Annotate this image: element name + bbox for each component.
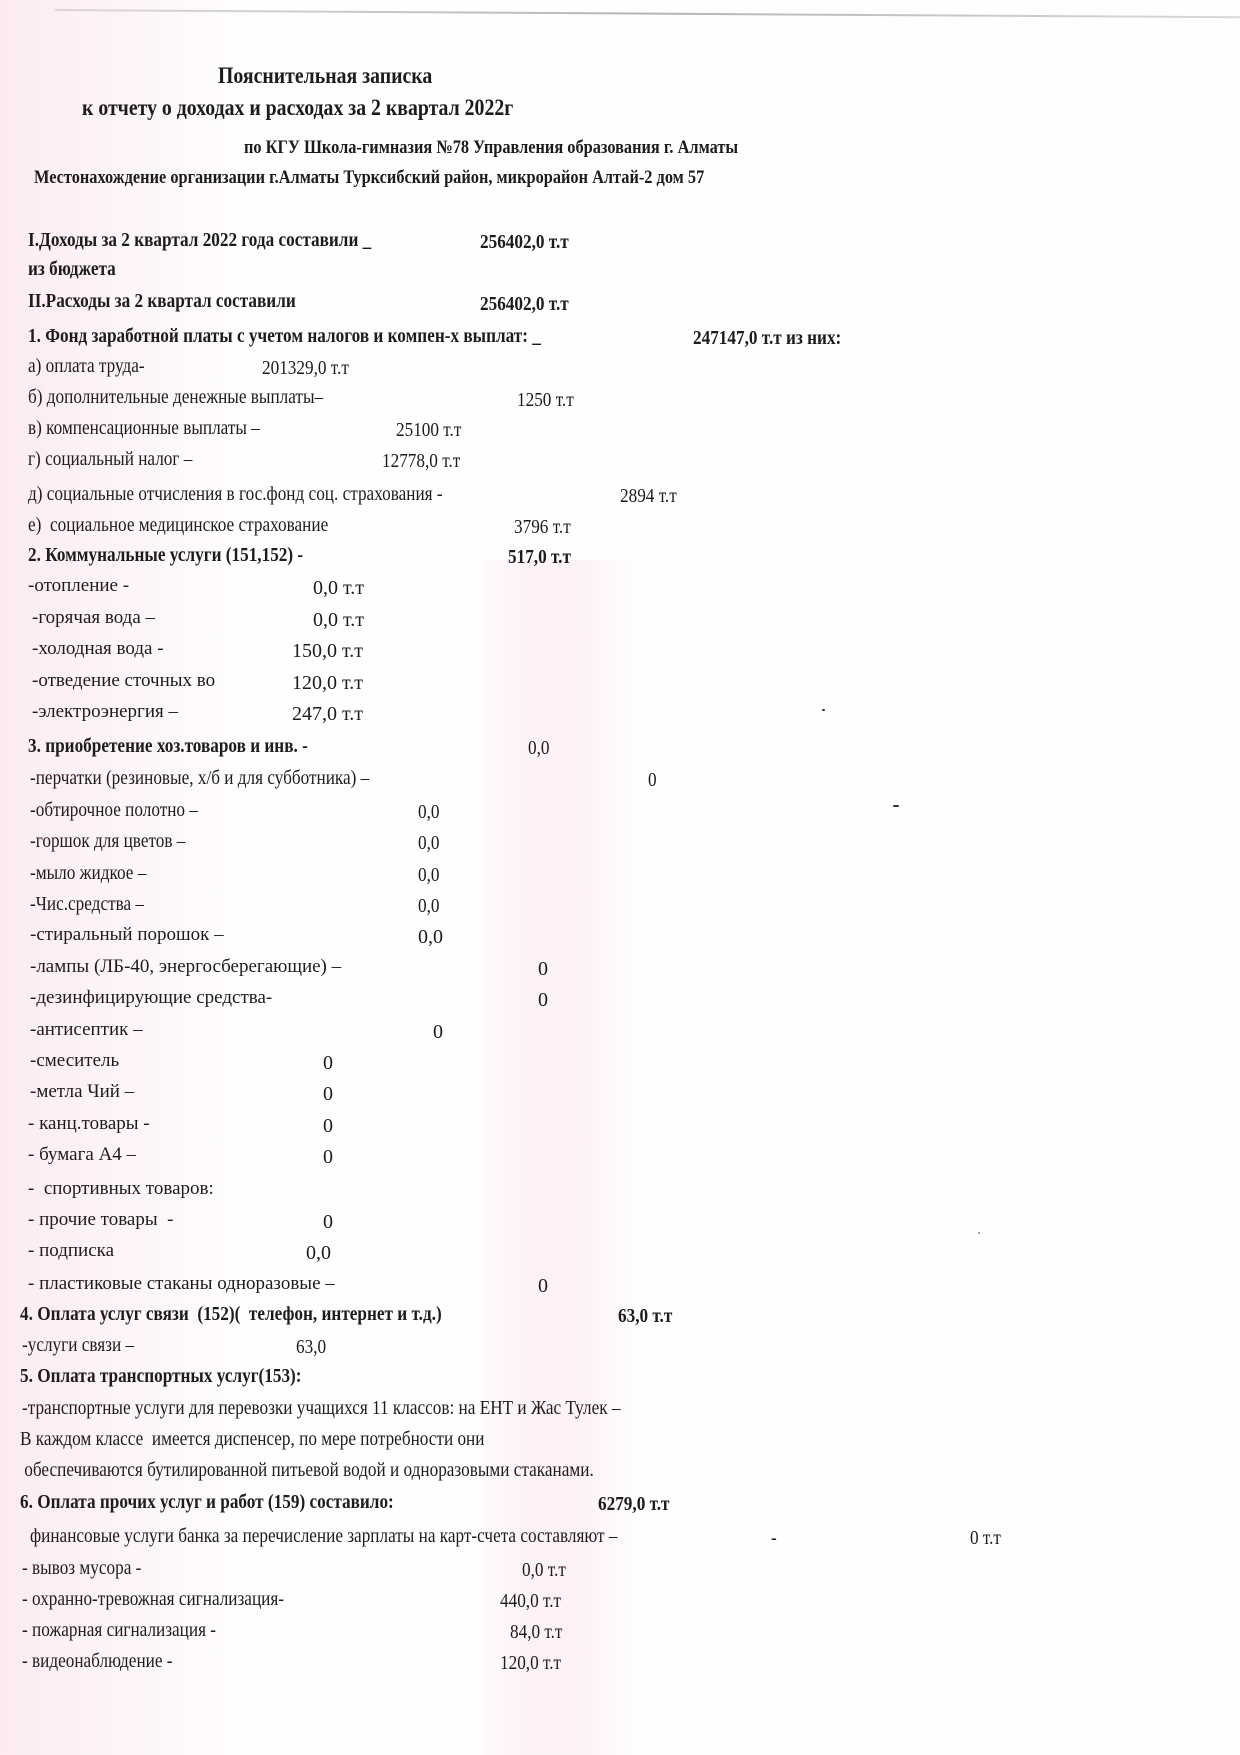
list-item: -лампы (ЛБ-40, энергосберегающие) – xyxy=(30,955,341,979)
list-item: -перчатки (резиновые, х/б и для субботни… xyxy=(30,766,425,790)
list-item-value: 150,0 т.т xyxy=(292,639,363,663)
list-item-value: 2894 т.т xyxy=(620,484,686,508)
list-item: -горячая вода – xyxy=(32,606,155,630)
list-item-value: 247,0 т.т xyxy=(292,702,363,726)
list-item: -смеситель xyxy=(30,1049,119,1073)
list-item: -Чис.средства – xyxy=(30,892,163,916)
list-item-value: 3796 т.т xyxy=(514,515,580,539)
list-item: -электроэнергия – xyxy=(32,700,178,724)
list-item-value: 0,0 т.т xyxy=(313,608,364,632)
list-item-value: 0,0 xyxy=(418,863,443,887)
list-item-value: 0,0 xyxy=(418,925,443,949)
page-title: Пояснительная записка xyxy=(218,64,467,88)
list-item: а) оплата труда- xyxy=(28,354,164,378)
list-item: -стиральный порошок – xyxy=(30,923,224,947)
scan-speck xyxy=(822,709,825,711)
list-item: б) дополнительные денежные выплаты– xyxy=(28,385,371,409)
list-item: - охранно-тревожная сигнализация- xyxy=(22,1587,327,1611)
list-item-value: 0,0 xyxy=(418,800,443,824)
section3-label: 3. приобретение хоз.товаров и инв. - xyxy=(28,734,353,758)
list-item-value: 0 xyxy=(323,1210,333,1234)
list-item-value: 0,0 xyxy=(306,1241,331,1265)
scan-speck xyxy=(978,1232,980,1234)
list-item-value: 120,0 т.т xyxy=(500,1651,571,1675)
list-item-value: 0 xyxy=(323,1051,333,1075)
bank-fee-value: 0 т.т xyxy=(970,1526,1006,1550)
list-item: -мыло жидкое – xyxy=(30,861,165,885)
list-item: -антисептик – xyxy=(30,1018,143,1042)
list-item-value: 0,0 xyxy=(418,894,443,918)
list-item-value: 1250 т.т xyxy=(517,388,583,412)
list-item-value: 120,0 т.т xyxy=(292,671,363,695)
income-label: I.Доходы за 2 квартал 2022 года составил… xyxy=(28,228,427,252)
section2-value: 517,0 т.т xyxy=(508,545,581,569)
list-item-value: 440,0 т.т xyxy=(500,1589,571,1613)
list-item-value: 0,0 т.т xyxy=(313,576,364,600)
list-item: - бумага А4 – xyxy=(28,1143,136,1167)
section2-label: 2. Коммунальные услуги (151,152) - xyxy=(28,543,348,567)
section4-value: 63,0 т.т xyxy=(618,1304,681,1328)
list-item: в) компенсационные выплаты – xyxy=(28,416,298,440)
scan-edge-line xyxy=(55,9,1240,18)
list-item: -горшок для цветов – xyxy=(30,829,211,853)
expenses-label: II.Расходы за 2 квартал составили xyxy=(28,289,339,313)
list-item: - пожарная сигнализация - xyxy=(22,1618,248,1642)
list-item: - видеонаблюдение - xyxy=(22,1649,197,1673)
income-source: из бюджета xyxy=(28,257,130,281)
list-item: - спортивных товаров: xyxy=(28,1177,214,1201)
section5-line: В каждом классе имеется диспенсер, по ме… xyxy=(20,1427,560,1451)
bank-fee-label: финансовые услуги банка за перечисление … xyxy=(30,1524,713,1548)
list-item: д) социальные отчисления в гос.фонд соц.… xyxy=(28,482,510,506)
section1-value: 247147,0 т.т из них: xyxy=(693,326,865,350)
scan-speck xyxy=(893,805,899,807)
list-item-value: 0,0 xyxy=(418,831,443,855)
list-item: -отведение сточных во xyxy=(32,669,240,693)
expenses-value: 256402,0 т.т xyxy=(480,292,583,316)
section6-label: 6. Оплата прочих услуг и работ (159) сос… xyxy=(20,1490,455,1514)
list-item: г) социальный налог – xyxy=(28,447,219,471)
list-item-value: 0 xyxy=(538,1274,548,1298)
list-item: -дезинфицирующие средства- xyxy=(30,986,272,1010)
list-item-value: 0 xyxy=(433,1020,443,1044)
list-item: е) социальное медицинское страхование xyxy=(28,513,377,537)
list-item-value: 0 xyxy=(648,768,658,792)
list-item-value: 84,0 т.т xyxy=(510,1620,571,1644)
section5-line: -транспортные услуги для перевозки учащи… xyxy=(22,1396,718,1420)
list-item-value: 0 xyxy=(323,1082,333,1106)
list-item: -холодная вода - xyxy=(32,637,164,661)
section1-label: 1. Фонд заработной платы с учетом налого… xyxy=(28,324,624,348)
section4-label: 4. Оплата услуг связи (152)( телефон, ин… xyxy=(20,1302,510,1326)
list-item: -обтирочное полотно – xyxy=(30,798,225,822)
organization-name: по КГУ Школа-гимназия №78 Управления обр… xyxy=(244,136,819,160)
organization-location: Местонахождение организации г.Алматы Тур… xyxy=(34,166,813,190)
list-item-value: 0,0 т.т xyxy=(522,1558,573,1582)
list-item: -услуги связи – xyxy=(22,1333,152,1357)
list-item: -отопление - xyxy=(28,574,129,598)
section5-line: обеспечиваются бутилированной питьевой в… xyxy=(20,1458,687,1482)
list-item-value: 0 xyxy=(323,1114,333,1138)
list-item-value: 0 xyxy=(538,988,548,1012)
list-item-value: 63,0 xyxy=(296,1335,331,1359)
section6-value: 6279,0 т.т xyxy=(598,1492,681,1516)
income-value: 256402,0 т.т xyxy=(480,230,583,254)
list-item-value: 0 xyxy=(538,957,548,981)
list-item-value: 201329,0 т.т xyxy=(262,356,363,380)
list-item: - вывоз мусора - xyxy=(22,1556,161,1580)
list-item: - пластиковые стаканы одноразовые – xyxy=(28,1272,335,1296)
section5-label: 5. Оплата транспортных услуг(153): xyxy=(20,1364,347,1388)
list-item: - подписка xyxy=(28,1239,114,1263)
list-item: - прочие товары - xyxy=(28,1208,173,1232)
list-item: - канц.товары - xyxy=(28,1112,150,1136)
section3-value: 0,0 xyxy=(528,736,553,760)
list-item-value: 0 xyxy=(323,1145,333,1169)
page-subtitle: к отчету о доходах и расходах за 2 кварт… xyxy=(82,96,583,120)
list-item-value: 12778,0 т.т xyxy=(382,449,473,473)
list-item: -метла Чий – xyxy=(30,1080,134,1104)
bank-fee-dash: - xyxy=(771,1526,778,1550)
list-item-value: 25100 т.т xyxy=(396,418,472,442)
